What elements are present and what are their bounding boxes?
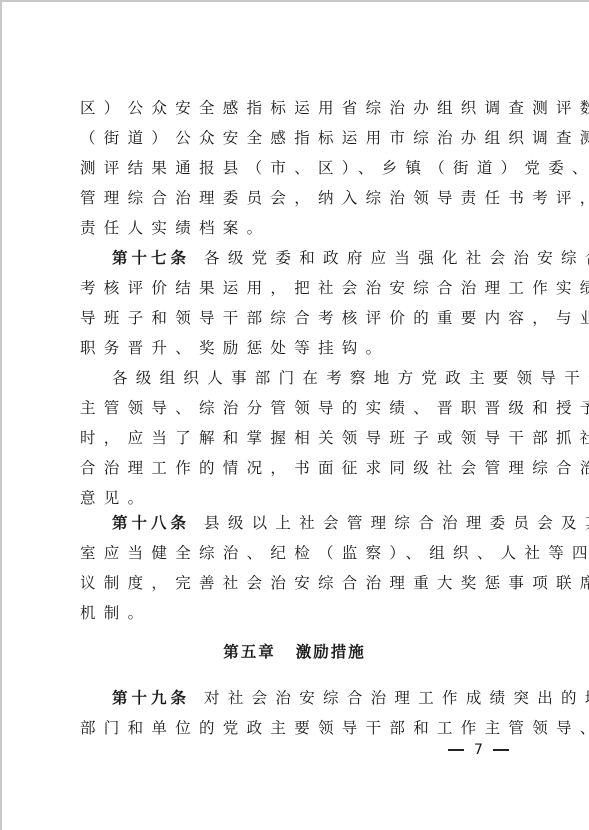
text-line: 管理综合治理委员会，纳入综治领导责任书考评，记入综治	[80, 183, 514, 213]
article-17: 第十七条各级党委和政府应当强化社会治安综合治理 考核评价结果运用，把社会治安综合…	[80, 243, 514, 363]
article-19: 第十九条对社会治安综合治理工作成绩突出的地方、 部门和单位的党政主要领导干部和工…	[80, 683, 514, 743]
text-line: 议制度，完善社会治安综合治理重大奖惩事项联席会议审议	[80, 568, 514, 598]
text-line: 合治理工作的情况，书面征求同级社会管理综合治理委员会	[80, 453, 514, 483]
paragraph-personnel: 各级组织人事部门在考察地方党政主要领导干部和工作 主管领导、综治分管领导的实绩、…	[80, 363, 514, 513]
text-line: 室应当健全综治、纪检（监察）、组织、人社等四部门联席会	[80, 538, 514, 568]
text-line: 职务晋升、奖励惩处等挂钩。	[80, 333, 514, 363]
text-line: 时，应当了解和掌握相关领导班子或领导干部抓社会治安综	[80, 423, 514, 453]
text-line: 县级以上社会管理综合治理委员会及其办公	[204, 514, 589, 532]
text-line: 区）公众安全感指标运用省综治办组织调查测评数据，乡镇	[80, 93, 514, 123]
article-heading: 第十九条	[112, 689, 190, 707]
chapter-title: 激励措施	[296, 643, 366, 661]
page-number-value: 7	[474, 742, 483, 758]
article-first-line: 第十八条县级以上社会管理综合治理委员会及其办公	[80, 508, 514, 538]
text-line: 各级组织人事部门在考察地方党政主要领导干部和工作	[80, 363, 514, 393]
dash-icon	[448, 749, 464, 751]
text-line: 责任人实绩档案。	[80, 213, 514, 243]
paragraph-continuation: 区）公众安全感指标运用省综治办组织调查测评数据，乡镇 （街道）公众安全感指标运用…	[80, 93, 514, 243]
text-line: （街道）公众安全感指标运用市综治办组织调查测评数据。	[80, 123, 514, 153]
chapter-heading: 第五章激励措施	[0, 640, 589, 662]
article-18: 第十八条县级以上社会管理综合治理委员会及其办公 室应当健全综治、纪检（监察）、组…	[80, 508, 514, 628]
page-number: 7	[448, 742, 509, 758]
text-line: 导班子和领导干部综合考核评价的重要内容，与业绩评定、	[80, 303, 514, 333]
text-line: 部门和单位的党政主要领导干部和工作主管领导、综治分管	[80, 713, 514, 743]
text-line: 对社会治安综合治理工作成绩突出的地方、	[204, 689, 589, 707]
article-heading: 第十七条	[112, 249, 190, 267]
dash-icon	[493, 749, 509, 751]
chapter-number: 第五章	[223, 643, 276, 661]
article-heading: 第十八条	[112, 514, 190, 532]
article-first-line: 第十七条各级党委和政府应当强化社会治安综合治理	[80, 243, 514, 273]
text-line: 测评结果通报县（市、区）、乡镇（街道）党委、政府和社会	[80, 153, 514, 183]
text-line: 考核评价结果运用，把社会治安综合治理工作实绩作为对领	[80, 273, 514, 303]
text-line: 各级党委和政府应当强化社会治安综合治理	[204, 249, 589, 267]
article-first-line: 第十九条对社会治安综合治理工作成绩突出的地方、	[80, 683, 514, 713]
text-line: 机制。	[80, 598, 514, 628]
text-line: 主管领导、综治分管领导的实绩、晋职晋级和授予政治荣誉	[80, 393, 514, 423]
